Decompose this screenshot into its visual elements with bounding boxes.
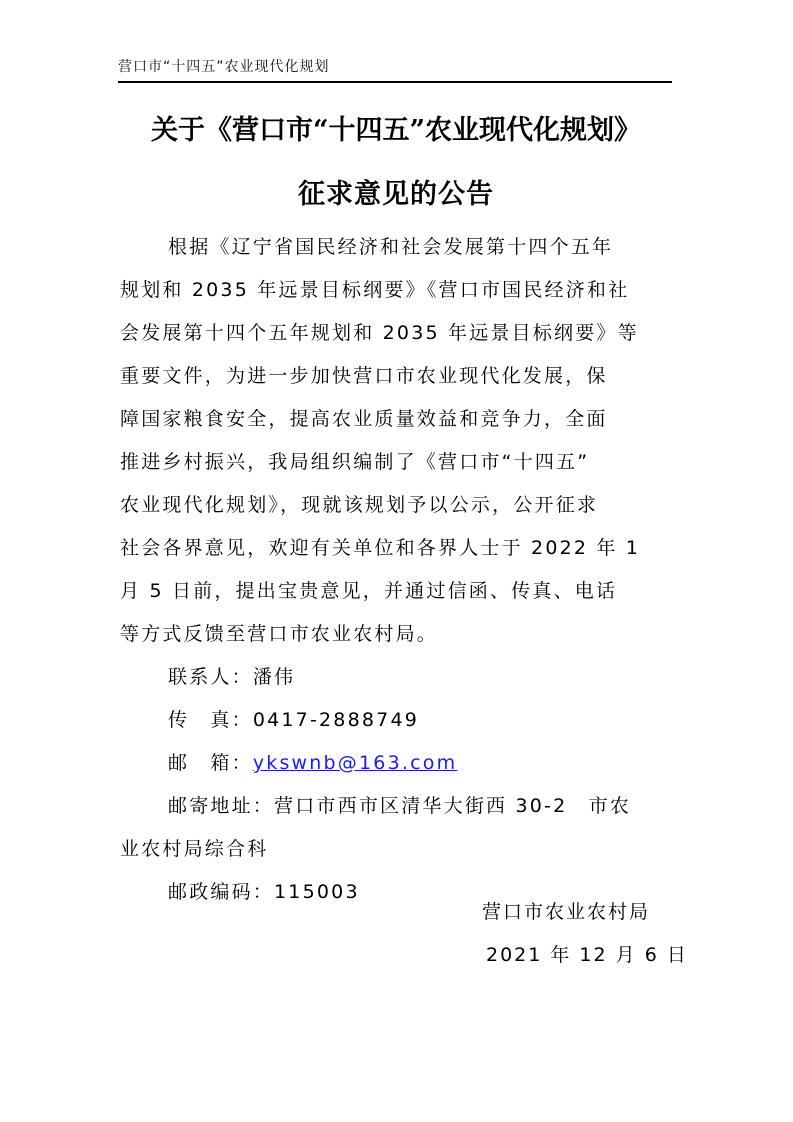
contact-person-value: 潘伟 [253,666,295,688]
header-rule [118,81,672,83]
contact-fax: 传 真：0417-2888749 [168,705,724,732]
address-value: 营口市西市区清华大街西 30-2 市农 [274,795,631,817]
signature-org: 营口市农业农村局 [482,897,650,924]
body-line: 月 5 日前，提出宝贵意见，并通过信函、传真、电话 [120,576,676,603]
contact-email: 邮 箱：ykswnb@163.com [168,748,724,775]
body-line: 农业现代化规划》，现就该规划予以公示，公开征求 [120,490,676,517]
body-line: 规划和 2035 年远景目标纲要》《营口市国民经济和社 [120,275,676,302]
contact-address: 邮寄地址：营口市西市区清华大街西 30-2 市农 [168,791,724,818]
email-link[interactable]: ykswnb@163.com [253,752,457,774]
body-line: 根据《辽宁省国民经济和社会发展第十四个五年 [168,232,724,259]
body-line: 重要文件，为进一步加快营口市农业现代化发展，保 [120,361,676,388]
contact-person: 联系人：潘伟 [168,662,724,689]
email-label: 邮 箱： [168,752,253,774]
fax-value: 0417-2888749 [253,709,419,731]
postcode-value: 115003 [274,881,360,903]
body-line: 社会各界意见，欢迎有关单位和各界人士于 2022 年 1 [120,533,676,560]
body-line: 会发展第十四个五年规划和 2035 年远景目标纲要》等 [120,318,676,345]
contact-person-label: 联系人： [168,666,253,688]
postcode-label: 邮政编码： [168,881,274,903]
body-line: 等方式反馈至营口市农业农村局。 [120,619,676,646]
address-label: 邮寄地址： [168,795,274,817]
fax-label: 传 真： [168,709,253,731]
running-header: 营口市“十四五”农业现代化规划 [118,56,330,76]
address-continuation: 业农村局综合科 [120,834,676,861]
signature-date: 2021 年 12 月 6 日 [486,940,688,967]
document-title-line1: 关于《营口市“十四五”农业现代化规划》 [118,108,674,147]
document-title-line2: 征求意见的公告 [118,172,674,211]
body-line: 障国家粮食安全，提高农业质量效益和竞争力，全面 [120,404,676,431]
body-line: 推进乡村振兴，我局组织编制了《营口市“十四五” [120,447,676,474]
